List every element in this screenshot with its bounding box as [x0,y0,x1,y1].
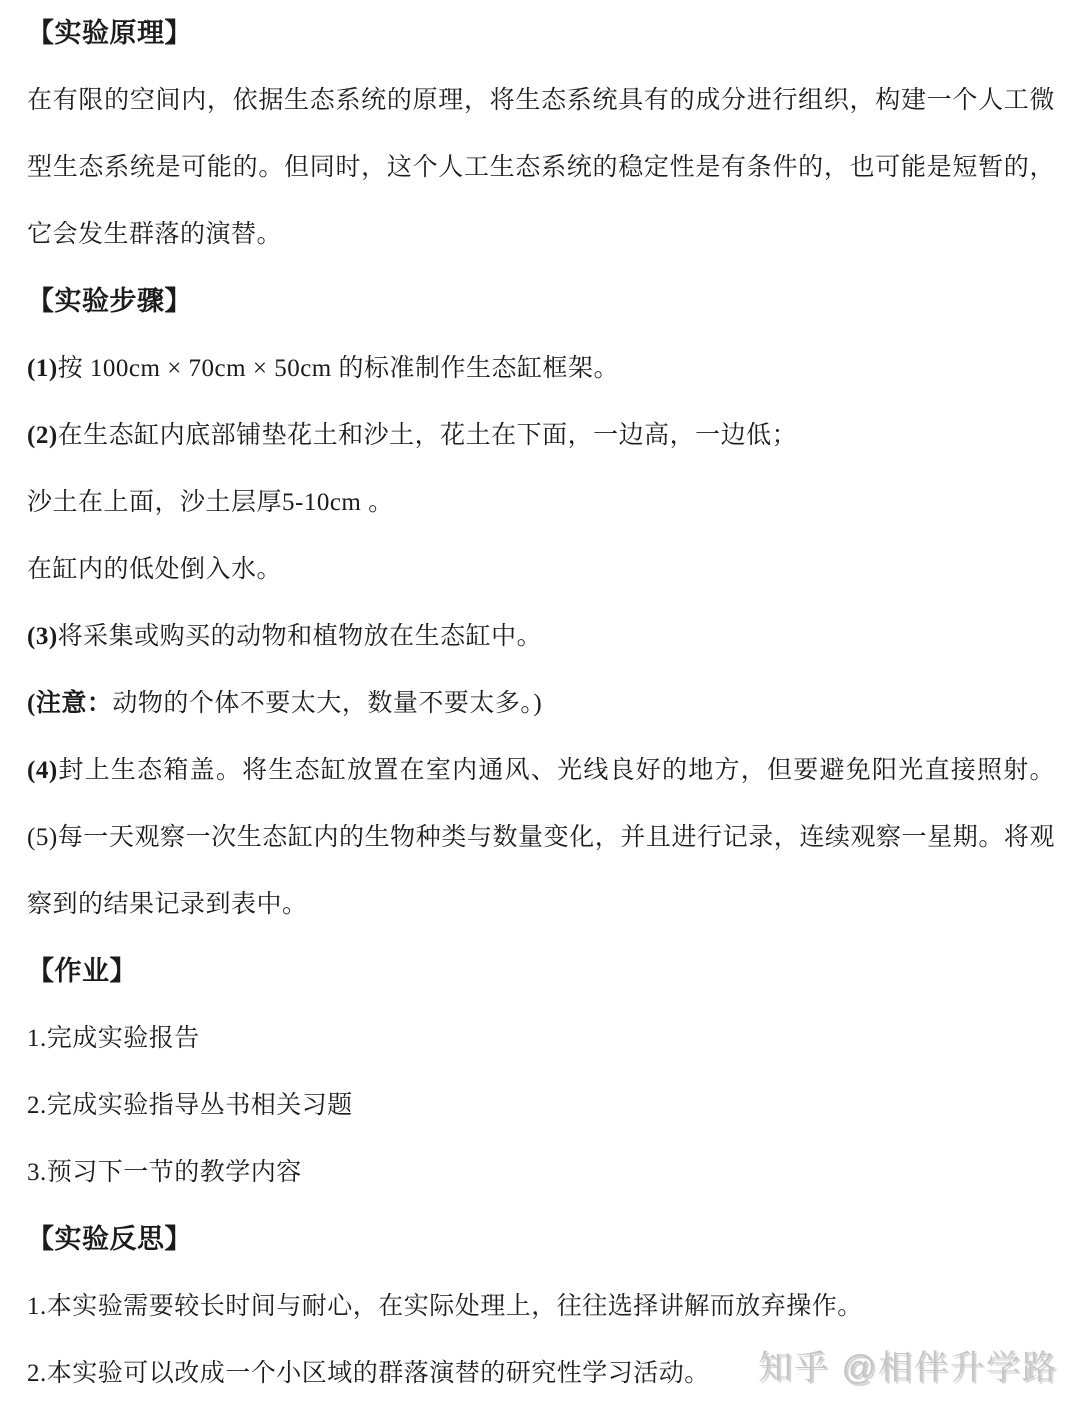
text-line: 型生态系统是可能的。但同时，这个人工生态系统的稳定性是有条件的，也可能是短暂的， [27,134,1055,201]
text-segment: 型生态系统是可能的。但同时，这个人工生态系统的稳定性是有条件的，也可能是短暂的， [27,154,1055,181]
bold-text-segment: (3) [27,623,58,650]
text-line: (2)在生态缸内底部铺垫花土和沙土，花土在下面，一边高，一边低； [27,402,1055,469]
zhihu-watermark: 知乎 @相伴升学路 [758,1340,1058,1389]
section-heading: 【实验反思】 [27,1206,1055,1273]
text-segment: 2.本实验可以改成一个小区域的群落演替的研究性学习活动。 [27,1360,710,1387]
text-segment: (5)每一天观察一次生态缸内的生物种类与数量变化，并且进行记录，连续观察一星期。… [27,824,1055,851]
text-line: 沙土在上面，沙土层厚5-10cm 。 [27,469,1055,536]
bold-text-segment: 【作业】 [27,956,137,986]
bold-text-segment: 【实验原理】 [27,18,192,48]
section-heading: 【作业】 [27,938,1055,1005]
document-body: 【实验原理】在有限的空间内，依据生态系统的原理，将生态系统具有的成分进行组织，构… [0,0,1080,1407]
text-line: 1.完成实验报告 [27,1005,1055,1072]
bold-text-segment: (1) [27,355,58,382]
text-segment: 1.本实验需要较长时间与耐心，在实际处理上，往往选择讲解而放弃操作。 [27,1293,863,1320]
text-segment: 在缸内的低处倒入水。 [27,556,282,583]
text-line: 在有限的空间内，依据生态系统的原理，将生态系统具有的成分进行组织，构建一个人工微 [27,67,1055,134]
text-line: (注意：动物的个体不要太大，数量不要太多。) [27,670,1055,737]
text-line: 3.预习下一节的教学内容 [27,1139,1055,1206]
text-segment: 3.预习下一节的教学内容 [27,1159,302,1186]
text-segment: 1.完成实验报告 [27,1025,200,1052]
text-segment: 将采集或购买的动物和植物放在生态缸中。 [58,623,543,650]
text-segment: 它会发生群落的演替。 [27,221,282,248]
bold-text-segment: 【实验步骤】 [27,286,192,316]
text-line: 察到的结果记录到表中。 [27,871,1055,938]
text-line: (3)将采集或购买的动物和植物放在生态缸中。 [27,603,1055,670]
text-segment: 2.完成实验指导丛书相关习题 [27,1092,353,1119]
text-segment: 封上生态箱盖。将生态缸放置在室内通风、光线良好的地方，但要避免阳光直接照射。 [58,757,1055,784]
text-segment: 在生态缸内底部铺垫花土和沙土，花土在下面，一边高，一边低； [58,422,798,449]
bold-text-segment: (注意： [27,690,112,717]
bold-text-segment: 【实验反思】 [27,1224,192,1254]
text-line: 1.本实验需要较长时间与耐心，在实际处理上，往往选择讲解而放弃操作。 [27,1273,1055,1340]
text-line: 它会发生群落的演替。 [27,201,1055,268]
bold-text-segment: (4) [27,757,58,784]
text-segment: 按 100cm × 70cm × 50cm 的标准制作生态缸框架。 [58,355,619,382]
text-line: (4)封上生态箱盖。将生态缸放置在室内通风、光线良好的地方，但要避免阳光直接照射… [27,737,1055,804]
text-segment: 在有限的空间内，依据生态系统的原理，将生态系统具有的成分进行组织，构建一个人工微 [27,87,1055,114]
text-line: 2.完成实验指导丛书相关习题 [27,1072,1055,1139]
text-line: 在缸内的低处倒入水。 [27,536,1055,603]
section-heading: 【实验步骤】 [27,268,1055,335]
text-line: (5)每一天观察一次生态缸内的生物种类与数量变化，并且进行记录，连续观察一星期。… [27,804,1055,871]
section-heading: 【实验原理】 [27,0,1055,67]
text-segment: 沙土在上面，沙土层厚5-10cm 。 [27,489,394,516]
text-line: (1)按 100cm × 70cm × 50cm 的标准制作生态缸框架。 [27,335,1055,402]
text-segment: 察到的结果记录到表中。 [27,891,308,918]
bold-text-segment: (2) [27,422,58,449]
text-segment: 动物的个体不要太大，数量不要太多。) [112,690,542,717]
